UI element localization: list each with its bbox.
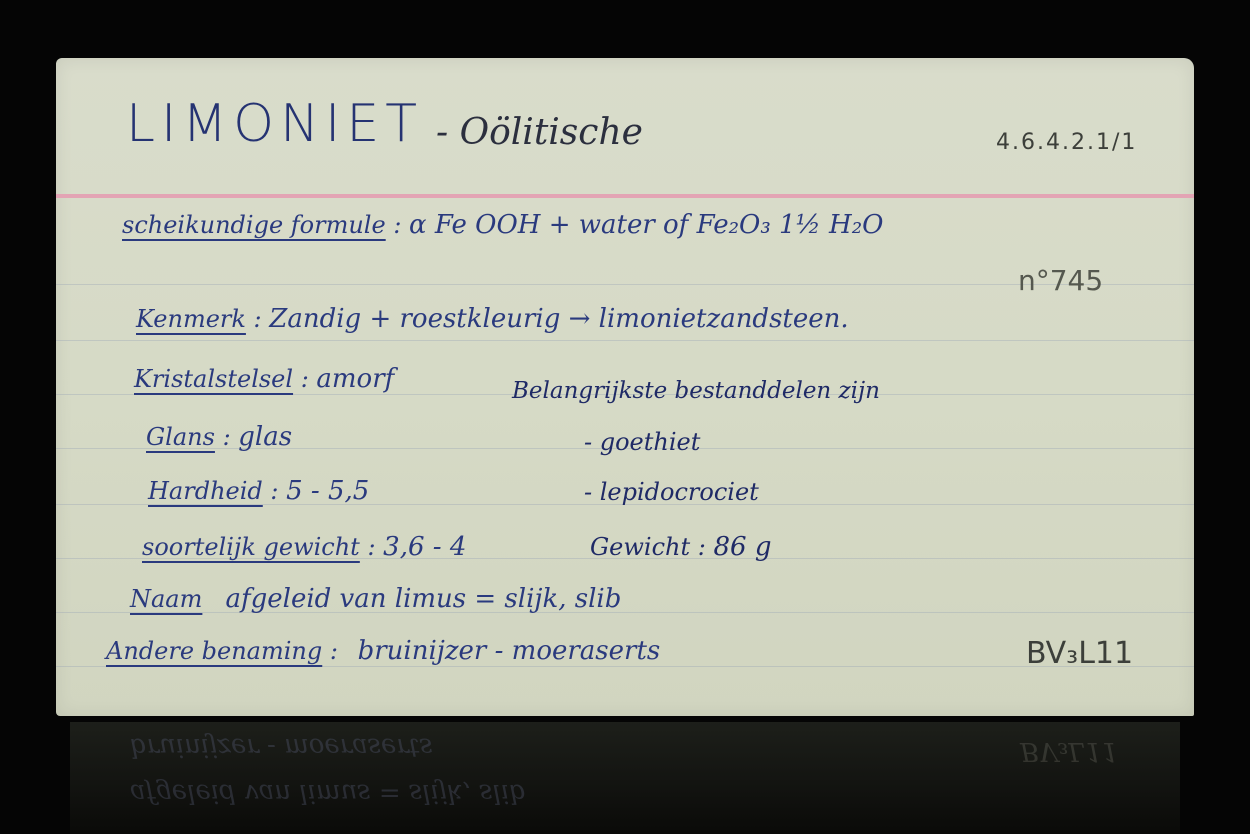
naam-value: afgeleid van limus = slijk, slib <box>225 584 621 614</box>
component-item: - lepidocrociet <box>584 478 759 506</box>
hardheid-label: Hardheid <box>148 477 263 505</box>
reflection-location-code: BV₃L11 <box>1020 736 1119 766</box>
ruled-line <box>56 340 1194 341</box>
specimen-index-card: LIMONIET - Oölitische 4.6.4.2.1/1 scheik… <box>56 58 1194 716</box>
kenmerk-row: Kenmerk : Zandig + roestkleurig → limoni… <box>136 304 849 334</box>
hardheid-row: Hardheid : 5 - 5,5 <box>148 476 369 506</box>
soortelijk-gewicht-row: soortelijk gewicht : 3,6 - 4 <box>142 532 466 562</box>
component-item: - goethiet <box>584 428 700 456</box>
formula-value-prefix: α Fe OOH + water of <box>409 210 697 240</box>
glans-value: glas <box>238 422 292 452</box>
mineral-title: LIMONIET <box>126 94 423 154</box>
gewicht-value: 86 g <box>713 532 771 562</box>
header-red-rule <box>56 194 1194 198</box>
naam-label: Naam <box>130 585 202 613</box>
andere-benaming-value: bruinijzer - moeraserts <box>358 636 661 666</box>
inventory-number: n°745 <box>1018 264 1103 297</box>
gewicht-label: Gewicht <box>590 533 690 561</box>
kristalstelsel-value: amorf <box>316 364 394 394</box>
kristalstelsel-row: Kristalstelsel : amorf <box>134 364 394 394</box>
andere-benaming-row: Andere benaming : bruinijzer - moerasert… <box>106 636 660 666</box>
naam-row: Naam afgeleid van limus = slijk, slib <box>130 584 621 614</box>
location-code: BV₃L11 <box>1026 636 1133 671</box>
soortelijk-gewicht-value: 3,6 - 4 <box>383 532 466 562</box>
mineral-subtitle: - Oölitische <box>436 112 643 153</box>
reflection-andere-benaming: bruinijzer - moeraserts <box>130 732 433 762</box>
glans-row: Glans : glas <box>146 422 292 452</box>
hardheid-value: 5 - 5,5 <box>286 476 369 506</box>
ruled-line <box>56 666 1194 667</box>
classification-code: 4.6.4.2.1/1 <box>996 130 1137 155</box>
formula-value: Fe₂O₃ 1½ H₂O <box>697 210 884 240</box>
kenmerk-label: Kenmerk <box>136 305 246 333</box>
reflection-naam: afgeleid van limus = slijk, slib <box>130 778 526 808</box>
formula-label: scheikundige formule <box>122 211 386 239</box>
soortelijk-gewicht-label: soortelijk gewicht <box>142 533 360 561</box>
formula-row: scheikundige formule : α Fe OOH + water … <box>122 210 883 240</box>
glans-label: Glans <box>146 423 215 451</box>
gewicht-row: Gewicht : 86 g <box>590 532 771 562</box>
components-heading: Belangrijkste bestanddelen zijn <box>512 378 880 404</box>
kristalstelsel-label: Kristalstelsel <box>134 365 293 393</box>
card-reflection: bruinijzer - moeraserts afgeleid van lim… <box>70 722 1180 834</box>
andere-benaming-label: Andere benaming <box>106 637 322 665</box>
kenmerk-value: Zandig + roestkleurig → limonietzandstee… <box>269 304 848 334</box>
